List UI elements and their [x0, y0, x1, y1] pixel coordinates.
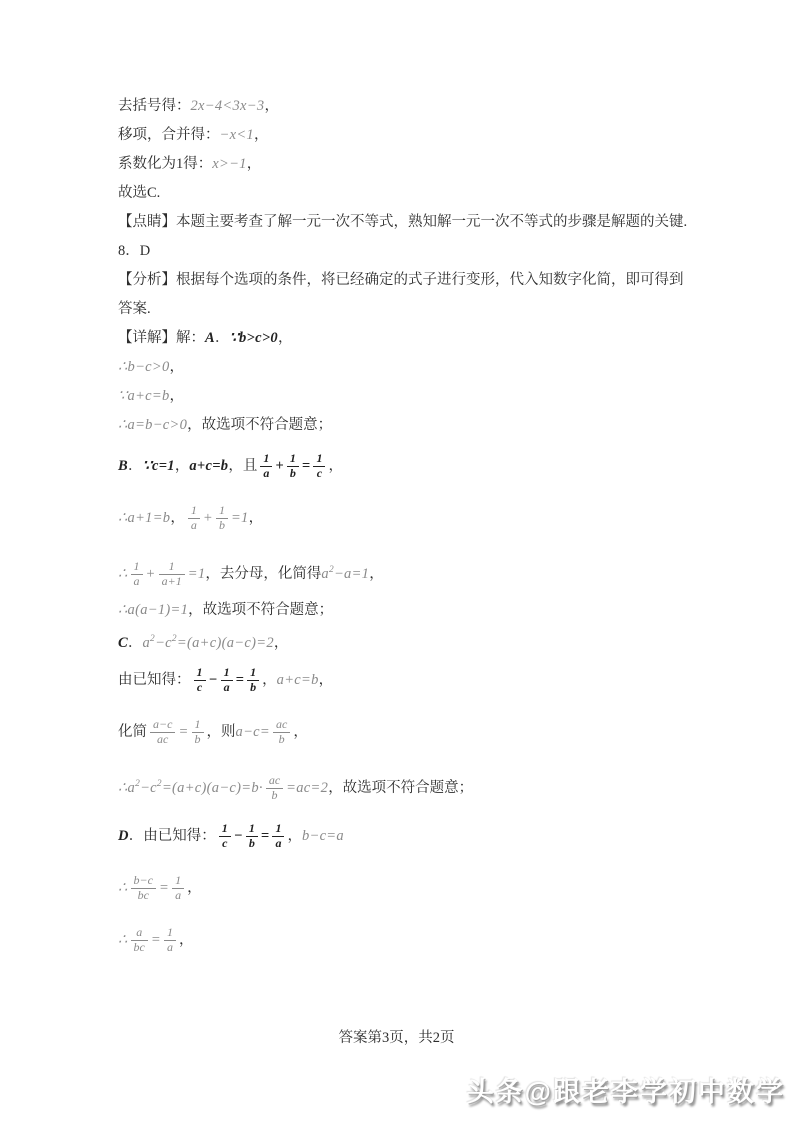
document-content: 去括号得：2x−4<3x−3，移项，合并得：−x<1，系数化为1得：x>−1，故…: [118, 92, 718, 966]
doc-line: B．∵c=1，a+c=b，且1a+1b=1c，: [118, 440, 718, 492]
fraction-numerator: 1: [194, 666, 206, 681]
math-run: −x<1: [220, 127, 254, 143]
fraction-numerator: 1: [219, 822, 231, 837]
superscript: 2: [135, 779, 140, 789]
text-run: 【详解】解：: [118, 330, 205, 346]
doc-line: ∵a+c=b，: [118, 382, 718, 411]
math-run: ∴a=b−c>0: [118, 417, 187, 433]
page-footer: 答案第3页，共2页: [0, 1026, 793, 1047]
fraction-numerator: 1: [159, 560, 185, 575]
fraction-denominator: a: [272, 837, 284, 851]
fraction-numerator: a−c: [150, 718, 175, 733]
text-run: ，: [278, 330, 293, 346]
fraction-numerator: 1: [221, 666, 233, 681]
fraction-denominator: c: [194, 681, 206, 695]
fraction-numerator: ac: [266, 774, 283, 789]
superscript: 2: [157, 779, 162, 789]
fraction-numerator: 1: [287, 452, 299, 467]
fraction: 1b: [246, 822, 258, 851]
text-run: ，: [264, 98, 279, 114]
math-run: a+c=b: [277, 672, 319, 688]
fraction: 1a: [272, 822, 284, 851]
text-run: ，: [170, 510, 185, 526]
doc-line: 系数化为1得：x>−1，: [118, 150, 718, 179]
math-run: =: [151, 932, 161, 948]
math-run: ∴: [118, 566, 128, 582]
fraction: 1a: [131, 560, 143, 589]
fraction-numerator: 1: [260, 452, 272, 467]
text-run: ，故选项不符合题意；: [188, 602, 333, 618]
doc-line: 答案.: [118, 295, 718, 324]
doc-line: ∴a=b−c>0，故选项不符合题意；: [118, 411, 718, 440]
math-run: ∴a+1=b: [118, 510, 170, 526]
math-run: =: [302, 458, 311, 474]
fraction: abc: [131, 926, 148, 955]
fraction-denominator: b: [266, 789, 283, 803]
fraction-numerator: 1: [246, 822, 258, 837]
math-run: +: [203, 510, 213, 526]
fraction-numerator: b−c: [131, 874, 156, 889]
fraction-denominator: a: [260, 467, 272, 481]
superscript: 2: [150, 634, 155, 644]
text-run: ，: [247, 156, 262, 172]
fraction: 1a: [221, 666, 233, 695]
doc-line: 【详解】解：A．∵b>c>0，: [118, 324, 718, 353]
fraction: 1b: [192, 718, 204, 747]
math-run: ∴: [118, 880, 128, 896]
fraction-numerator: 1: [216, 504, 228, 519]
math-run: +: [275, 458, 284, 474]
math-run: =: [236, 672, 245, 688]
fraction-numerator: 1: [131, 560, 143, 575]
math-run: +: [146, 566, 156, 582]
fraction: a−cac: [150, 718, 175, 747]
fraction: 1a: [188, 504, 200, 533]
fraction-denominator: b: [247, 681, 259, 695]
math-run: D: [118, 828, 129, 844]
doc-line: 【点睛】本题主要考查了解一元一次不等式，熟知解一元一次不等式的步骤是解题的关键.: [118, 208, 718, 237]
doc-line: ∴a+1=b，1a+1b=1，: [118, 492, 718, 544]
fraction: acb: [266, 774, 283, 803]
text-run: ，且: [228, 458, 257, 474]
math-run: ∴a(a−1)=1: [118, 602, 188, 618]
fraction-numerator: 1: [313, 452, 325, 467]
text-run: ．: [215, 330, 230, 346]
doc-line: ∴b−cbc=1a，: [118, 862, 718, 914]
fraction-numerator: 1: [188, 504, 200, 519]
fraction: 1b: [216, 504, 228, 533]
fraction-numerator: 1: [172, 874, 184, 889]
text-run: 系数化为1得：: [118, 156, 212, 172]
text-run: 答案.: [118, 301, 151, 317]
superscript: 2: [329, 565, 334, 575]
doc-line: 由已知得：1c−1a=1b，a+c=b，: [118, 654, 718, 706]
math-run: ∴b−c>0: [118, 359, 170, 375]
fraction-denominator: c: [313, 467, 325, 481]
fraction-denominator: a+1: [159, 575, 185, 589]
text-run: ，: [179, 932, 194, 948]
fraction-denominator: c: [219, 837, 231, 851]
doc-line: 8．D: [118, 237, 718, 266]
math-run: =: [159, 880, 169, 896]
text-run: 【分析】根据每个选项的条件，将已经确定的式子进行变形，代入知数字化简，即可得到: [118, 272, 684, 288]
math-run: a2−a=1: [321, 566, 369, 582]
fraction-numerator: 1: [164, 926, 176, 941]
fraction: acb: [273, 718, 290, 747]
doc-line: ∴1a+1a+1=1，去分母，化简得a2−a=1，: [118, 544, 718, 596]
fraction-denominator: bc: [131, 889, 156, 903]
fraction-numerator: 1: [192, 718, 204, 733]
text-run: ，: [328, 458, 343, 474]
watermark: 头条@跟老李学初中数学: [467, 1070, 785, 1109]
text-run: ，故选项不符合题意；: [187, 417, 332, 433]
text-run: ，故选项不符合题意；: [328, 780, 473, 796]
fraction-numerator: 1: [247, 666, 259, 681]
fraction-denominator: b: [216, 519, 228, 533]
doc-line: C．a2−c2=(a+c)(a−c)=2，: [118, 625, 718, 654]
fraction-denominator: b: [246, 837, 258, 851]
math-run: ∴a2−c2=(a+c)(a−c)=b·: [118, 780, 263, 796]
math-run: C: [118, 635, 128, 651]
math-run: =1: [188, 566, 206, 582]
fraction: 1a+1: [159, 560, 185, 589]
math-run: −: [209, 672, 218, 688]
text-run: ，: [175, 458, 190, 474]
math-run: B: [118, 458, 128, 474]
fraction-denominator: b: [273, 733, 290, 747]
math-run: ∵a+c=b: [118, 388, 170, 404]
fraction-denominator: b: [287, 467, 299, 481]
math-run: b−c=a: [302, 828, 344, 844]
fraction-denominator: a: [172, 889, 184, 903]
doc-line: 去括号得：2x−4<3x−3，: [118, 92, 718, 121]
math-run: =: [178, 724, 188, 740]
fraction-denominator: a: [131, 575, 143, 589]
fraction: 1c: [194, 666, 206, 695]
text-run: 去括号得：: [118, 98, 191, 114]
doc-line: 故选C.: [118, 179, 718, 208]
text-run: ，去分母，化简得: [205, 566, 321, 582]
doc-line: ∴b−c>0，: [118, 353, 718, 382]
text-run: ．: [128, 458, 143, 474]
text-run: 由已知得：: [118, 672, 191, 688]
doc-line: ∴a(a−1)=1，故选项不符合题意；: [118, 596, 718, 625]
math-run: a−c=: [236, 724, 270, 740]
doc-line: 化简a−cac=1b，则a−c=acb，: [118, 706, 718, 758]
text-run: ，: [187, 880, 202, 896]
text-run: 故选C.: [118, 185, 160, 201]
text-run: ，: [170, 388, 185, 404]
doc-line: ∴a2−c2=(a+c)(a−c)=b·acb=ac=2，故选项不符合题意；: [118, 758, 718, 810]
fraction: 1a: [164, 926, 176, 955]
text-run: ，: [254, 127, 269, 143]
math-run: x>−1: [212, 156, 246, 172]
text-run: ，: [249, 510, 264, 526]
text-run: ，: [319, 672, 334, 688]
text-run: ，: [369, 566, 384, 582]
math-run: ∴: [118, 932, 128, 948]
text-run: ．由已知得：: [129, 828, 216, 844]
math-run: A: [205, 330, 215, 346]
text-run: ，: [262, 672, 277, 688]
text-run: 8．D: [118, 243, 150, 259]
fraction: 1b: [247, 666, 259, 695]
doc-line: 移项，合并得：−x<1，: [118, 121, 718, 150]
fraction-denominator: a: [221, 681, 233, 695]
math-run: a+c=b: [189, 458, 228, 474]
fraction-denominator: b: [192, 733, 204, 747]
text-run: 移项，合并得：: [118, 127, 220, 143]
fraction: 1a: [172, 874, 184, 903]
fraction-numerator: a: [131, 926, 148, 941]
fraction-denominator: a: [188, 519, 200, 533]
text-run: ，: [293, 724, 308, 740]
fraction-denominator: bc: [131, 941, 148, 955]
math-run: −: [234, 828, 243, 844]
text-run: 化简: [118, 724, 147, 740]
math-run: =ac=2: [286, 780, 328, 796]
fraction: b−cbc: [131, 874, 156, 903]
document-page: 去括号得：2x−4<3x−3，移项，合并得：−x<1，系数化为1得：x>−1，故…: [0, 0, 793, 1121]
text-run: ，: [287, 828, 302, 844]
math-run: ∵b>c>0: [229, 330, 278, 346]
text-run: ．: [128, 635, 143, 651]
doc-line: ∴abc=1a，: [118, 914, 718, 966]
fraction-denominator: a: [164, 941, 176, 955]
text-run: 【点睛】本题主要考查了解一元一次不等式，熟知解一元一次不等式的步骤是解题的关键.: [118, 214, 687, 230]
text-run: ，: [170, 359, 185, 375]
math-run: 2x−4<3x−3: [191, 98, 265, 114]
fraction-numerator: 1: [272, 822, 284, 837]
text-run: ，则: [207, 724, 236, 740]
superscript: 2: [172, 634, 177, 644]
text-run: ，: [274, 635, 289, 651]
math-run: =1: [231, 510, 249, 526]
math-run: a2−c2=(a+c)(a−c)=2: [142, 635, 273, 651]
fraction-denominator: ac: [150, 733, 175, 747]
math-run: ∵c=1: [142, 458, 174, 474]
fraction-numerator: ac: [273, 718, 290, 733]
fraction: 1c: [313, 452, 325, 481]
math-run: =: [261, 828, 270, 844]
fraction: 1c: [219, 822, 231, 851]
doc-line: 【分析】根据每个选项的条件，将已经确定的式子进行变形，代入知数字化简，即可得到: [118, 266, 718, 295]
fraction: 1b: [287, 452, 299, 481]
fraction: 1a: [260, 452, 272, 481]
doc-line: D．由已知得：1c−1b=1a，b−c=a: [118, 810, 718, 862]
